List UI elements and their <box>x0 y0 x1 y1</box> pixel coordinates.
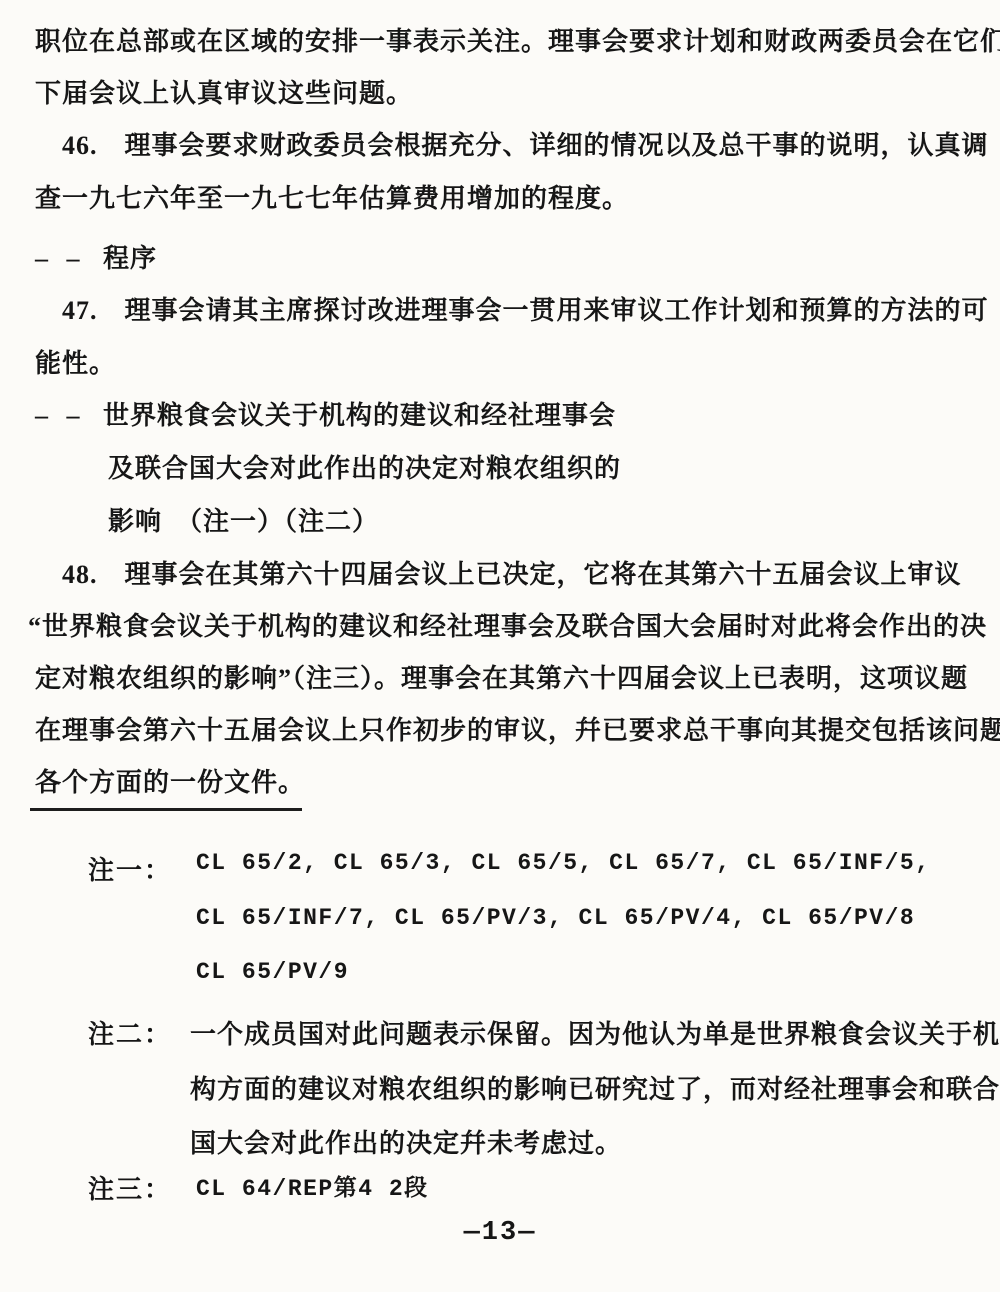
dash-marker: – – <box>35 398 103 434</box>
footnote-2-line: 一个成员国对此问题表示保留。因为他认为单是世界粮食会议关于机 <box>190 1014 1000 1051</box>
footnote-3-label: 注三： <box>88 1169 172 1206</box>
footnote-2-line: 国大会对此作出的决定幷未考虑过。 <box>190 1123 622 1160</box>
body-line: 下届会议上认真审议这些问题。 <box>35 76 413 112</box>
dash-item-label: 世界粮食会议关于机构的建议和经社理事会 <box>103 401 616 430</box>
footnote-3-line: CL 64/REP第4 2段 <box>196 1169 429 1202</box>
footnote-2-label: 注二： <box>88 1014 172 1051</box>
footnote-2-line: 构方面的建议对粮农组织的影响已研究过了，而对经社理事会和联合 <box>190 1069 1000 1106</box>
dash-item-label: 程序 <box>103 244 157 273</box>
body-line: 职位在总部或在区域的安排一事表示关注。理事会要求计划和财政两委员会在它们 <box>35 24 1000 60</box>
page-number: —13— <box>0 1218 1000 1248</box>
dash-marker: – – <box>35 241 103 277</box>
body-line: 各个方面的一份文件。 <box>35 765 305 801</box>
body-line: 在理事会第六十五届会议上只作初步的审议，幷已要求总干事向其提交包括该问题 <box>35 713 1000 749</box>
body-line: 查一九七六年至一九七七年估算费用增加的程度。 <box>35 181 629 217</box>
footnote-1-label: 注一： <box>88 850 172 887</box>
body-line: “世界粮食会议关于机构的建议和经社理事会及联合国大会届时对此将会作出的决 <box>28 609 987 645</box>
dash-item-procedure: – –程序 <box>35 241 157 277</box>
footnote-1-line: CL 65/INF/7, CL 65/PV/3, CL 65/PV/4, CL … <box>196 905 915 931</box>
body-line: 能性。 <box>35 346 116 382</box>
footnote-separator-rule <box>30 808 302 811</box>
dash-item-continuation: 及联合国大会对此作出的决定对粮农组织的 <box>108 451 621 487</box>
paragraph-47-line: 47. 理事会请其主席探讨改进理事会一贯用来审议工作计划和预算的方法的可 <box>62 293 989 329</box>
document-page: 职位在总部或在区域的安排一事表示关注。理事会要求计划和财政两委员会在它们 下届会… <box>0 0 1000 1292</box>
body-line: 定对粮农组织的影响”（注三）。理事会在其第六十四届会议上已表明，这项议题 <box>35 661 968 697</box>
dash-item-world-food-conference: – –世界粮食会议关于机构的建议和经社理事会 <box>35 398 616 434</box>
footnote-1-line: CL 65/2, CL 65/3, CL 65/5, CL 65/7, CL 6… <box>196 850 931 876</box>
footnote-1-line: CL 65/PV/9 <box>196 959 349 985</box>
paragraph-48-line: 48. 理事会在其第六十四届会议上已决定，它将在其第六十五届会议上审议 <box>62 557 962 593</box>
paragraph-46-line: 46. 理事会要求财政委员会根据充分、详细的情况以及总干事的说明，认真调 <box>62 128 989 164</box>
dash-item-continuation: 影响 （注一）（注二） <box>108 504 379 540</box>
